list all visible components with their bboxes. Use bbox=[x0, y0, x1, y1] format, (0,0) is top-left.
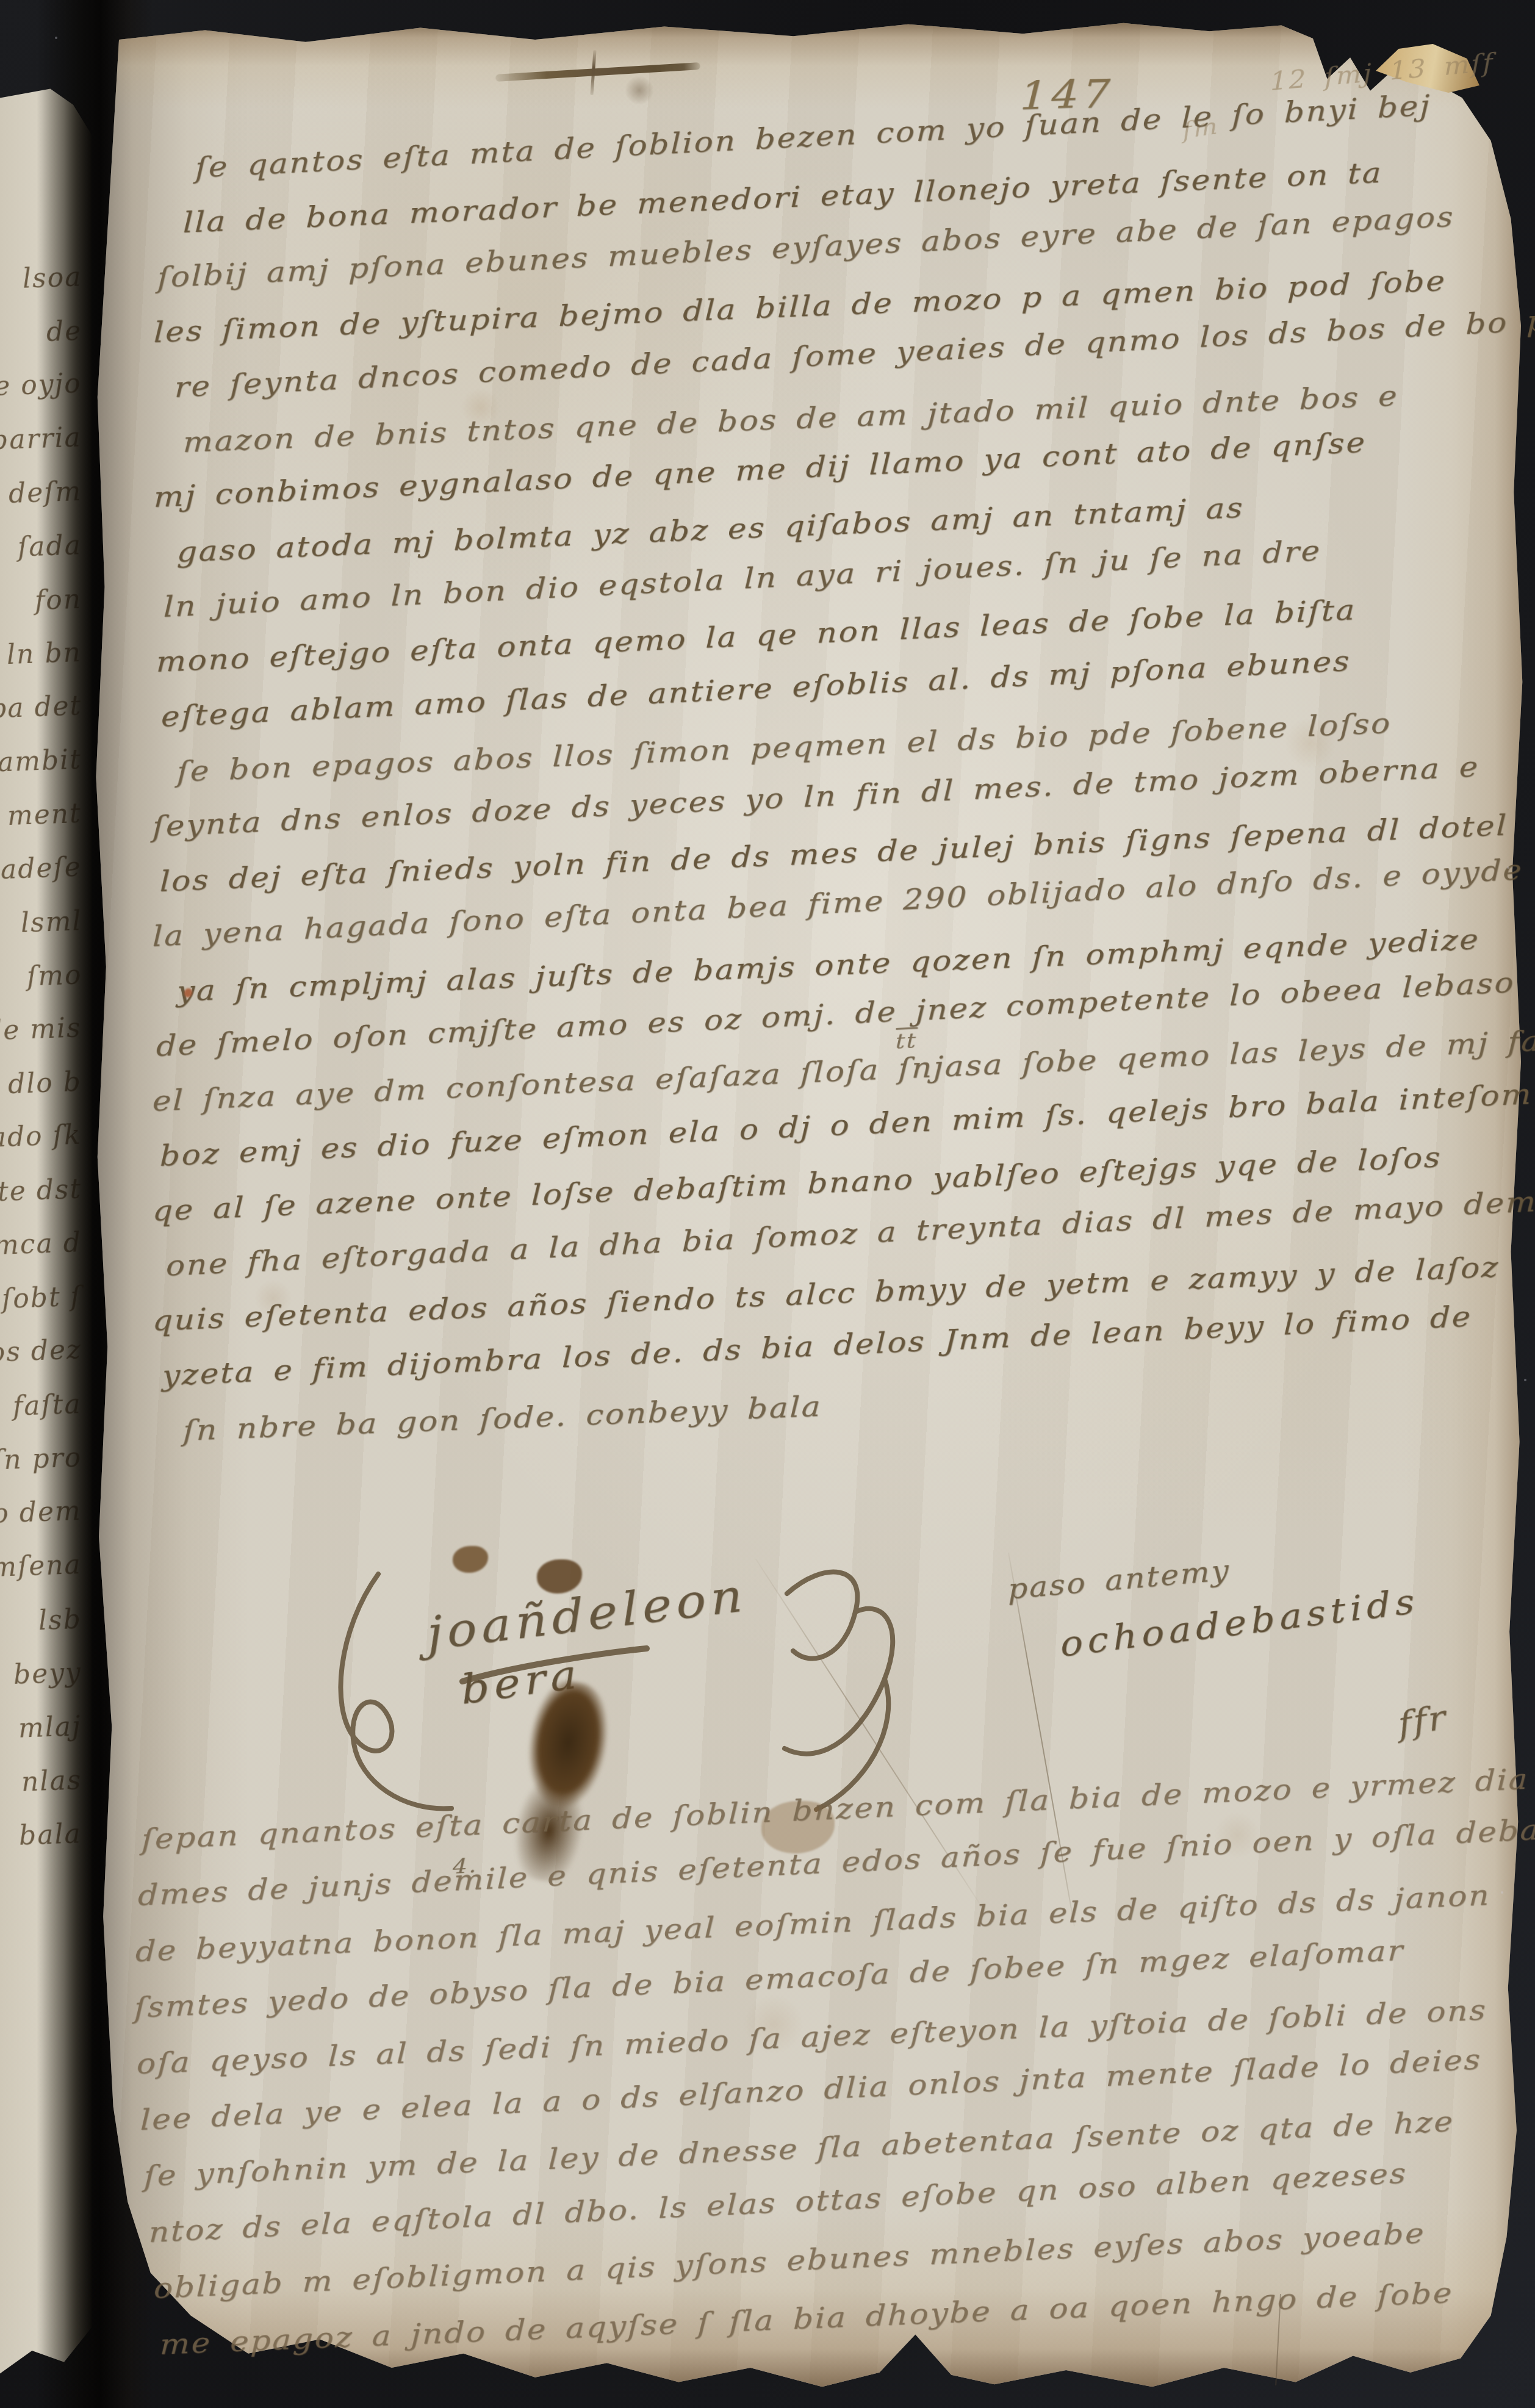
dust-speck bbox=[1507, 866, 1509, 869]
dust-speck bbox=[1524, 1379, 1526, 1381]
text-block-lower: ſepan qnantos eſta carta de ſoblin bnzen… bbox=[0, 0, 1535, 2408]
dust-speck bbox=[1501, 1891, 1503, 1894]
dust-speck bbox=[55, 37, 57, 39]
photograph-of-manuscript: lsoadede oyjobarriadeſmſadafonln bnpa de… bbox=[0, 0, 1535, 2408]
